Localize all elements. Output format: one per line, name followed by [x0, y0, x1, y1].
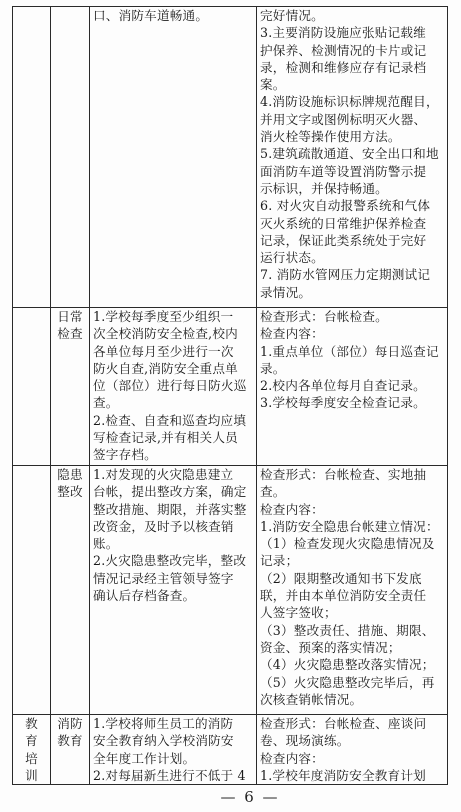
inspection-line: 面消防车道等设置消防警示提 — [260, 163, 444, 180]
inspection-line: 灭火系统的日常维护保养检查 — [260, 215, 444, 232]
requirement-line: 1.学校将师生员工的消防 — [93, 715, 253, 732]
item-cell-fire-education: 消防 教育 — [51, 715, 90, 785]
table-row-daily-inspection: 日常 检查 1.学校每季度至少组织一 次全校消防安全检查,校内 各单位每月至少进… — [13, 308, 448, 466]
inspection-line: （4）火灾隐患整改落实情况； — [260, 656, 444, 673]
requirement-line: 防火自查,消防安全重点单 — [93, 360, 253, 377]
inspection-cell: 完好情况。 3.主要消防设施应张贴记载维 护保养、检测情况的卡片或记 录，检测和… — [257, 7, 448, 308]
inspection-cell: 检查形式：台帐检查、实地抽 查。 检查内容： 1.消防安全隐患台帐建立情况： （… — [257, 466, 448, 715]
inspection-line: 资金、预案的落实情况； — [260, 639, 444, 656]
inspection-line: 次核查销帐情况。 — [260, 691, 444, 708]
document-page: 口、消防车道畅通。 完好情况。 3.主要消防设施应张贴记载维 护保养、检测情况的… — [0, 0, 461, 812]
item-label: 整改 — [54, 483, 86, 500]
inspection-line: 记录，保证此类系统处于完好 — [260, 232, 444, 249]
category-cell-education-training: 教 育 培 训 — [13, 715, 51, 785]
inspection-line: 6. 对火灾自动报警系统和气体 — [260, 197, 444, 214]
inspection-line: 示标识，并保持畅通。 — [260, 180, 444, 197]
inspection-line: 检查内容： — [260, 501, 444, 518]
requirements-cell: 1.学校将师生员工的消防 安全教育纳入学校消防安 全年度工作计划。 2.对每届新… — [90, 715, 257, 785]
requirement-line: 改资金，及时予以核查销 — [93, 518, 253, 535]
requirement-line: 台帐，提出整改方案，确定 — [93, 483, 253, 500]
inspection-line: 录，检测和维修应存有记录档 — [260, 59, 444, 76]
requirement-line: 位（部位）进行每日防火巡 — [93, 377, 253, 394]
table-row-hazard-rectification: 隐患 整改 1.对发现的火灾隐患建立 台帐，提出整改方案，确定 整改措施、期限，… — [13, 466, 448, 715]
inspection-line: 检查形式：台帐检查、实地抽 — [260, 466, 444, 483]
inspection-line: 5.建筑疏散通道、安全出口和地 — [260, 145, 444, 162]
page-number: — 6 — — [0, 788, 461, 806]
table-row-fire-education: 教 育 培 训 消防 教育 1.学校将师生员工的消防 安全教育纳入学校消防安 全… — [13, 715, 448, 785]
inspection-line: 运行状态。 — [260, 249, 444, 266]
inspection-line: （1）检查发现火灾隐患情况及 — [260, 535, 444, 552]
requirement-line: 各单位每月至少进行一次 — [93, 343, 253, 360]
requirement-line: 整改措施、期限，并落实整 — [93, 501, 253, 518]
category-char: 教 — [16, 715, 47, 732]
requirement-line: 查。 — [93, 394, 253, 411]
category-cell — [13, 7, 51, 308]
inspection-line: 查。 — [260, 483, 444, 500]
inspection-line: 记录； — [260, 552, 444, 569]
requirement-line: 全年度工作计划。 — [93, 750, 253, 767]
item-label: 日常 — [54, 308, 86, 325]
inspection-line: 消火栓等操作使用方法。 — [260, 128, 444, 145]
item-cell — [51, 7, 90, 308]
inspection-line: （3）整改责任、措施、期限、 — [260, 622, 444, 639]
inspection-line: （2）限期整改通知书下发底 — [260, 570, 444, 587]
inspection-line: 联，并由本单位消防安全责任 — [260, 587, 444, 604]
category-char: 育 — [16, 732, 47, 749]
requirement-line: 1.对发现的火灾隐患建立 — [93, 466, 253, 483]
inspection-line: （5）火灾隐患整改完毕后，再 — [260, 674, 444, 691]
item-label: 消防 — [54, 715, 86, 732]
inspection-cell: 检查形式：台帐检查。 检查内容： 1.重点单位（部位）每日巡查记 录。 2.校内… — [257, 308, 448, 466]
fire-safety-inspection-table: 口、消防车道畅通。 完好情况。 3.主要消防设施应张贴记载维 护保养、检测情况的… — [12, 6, 448, 785]
requirement-line: 2.对每届新生进行不低于 4 — [93, 767, 253, 784]
requirement-line: 账。 — [93, 535, 253, 552]
requirements-cell: 1.对发现的火灾隐患建立 台帐，提出整改方案，确定 整改措施、期限，并落实整 改… — [90, 466, 257, 715]
requirement-line: 签字存档。 — [93, 446, 253, 463]
category-cell — [13, 466, 51, 715]
inspection-line: 7. 消防水管网压力定期测试记 — [260, 266, 444, 283]
item-cell-daily-inspection: 日常 检查 — [51, 308, 90, 466]
requirement-line: 次全校消防安全检查,校内 — [93, 325, 253, 342]
requirements-cell: 1.学校每季度至少组织一 次全校消防安全检查,校内 各单位每月至少进行一次 防火… — [90, 308, 257, 466]
inspection-line: 1.消防安全隐患台帐建立情况： — [260, 518, 444, 535]
category-char: 培 — [16, 750, 47, 767]
item-label: 检查 — [54, 325, 86, 342]
inspection-line: 并用文字或图例标明灭火器、 — [260, 111, 444, 128]
category-cell — [13, 308, 51, 466]
inspection-line: 3.主要消防设施应张贴记载维 — [260, 24, 444, 41]
item-cell-hazard-rectification: 隐患 整改 — [51, 466, 90, 715]
inspection-line: 检查内容： — [260, 750, 444, 767]
item-label: 隐患 — [54, 466, 86, 483]
inspection-line: 人签字签收； — [260, 604, 444, 621]
inspection-line: 录。 — [260, 360, 444, 377]
requirement-line: 情况记录经主管领导签字 — [93, 570, 253, 587]
requirements-cell: 口、消防车道畅通。 — [90, 7, 257, 308]
inspection-line: 检查内容： — [260, 325, 444, 342]
inspection-cell: 检查形式：台帐检查、座谈问 卷、现场演练。 检查内容： 1.学校年度消防安全教育… — [257, 715, 448, 785]
requirement-line: 安全教育纳入学校消防安 — [93, 732, 253, 749]
table-row-facilities-continued: 口、消防车道畅通。 完好情况。 3.主要消防设施应张贴记载维 护保养、检测情况的… — [13, 7, 448, 308]
item-label: 教育 — [54, 732, 86, 749]
inspection-line: 2.校内各单位每月自查记录。 — [260, 377, 444, 394]
requirement-line: 写检查记录,并有相关人员 — [93, 429, 253, 446]
requirement-line: 2.火灾隐患整改完毕，整改 — [93, 552, 253, 569]
inspection-line: 护保养、检测情况的卡片或记 — [260, 42, 444, 59]
category-char: 训 — [16, 767, 47, 784]
inspection-line: 检查形式：台帐检查、座谈问 — [260, 715, 444, 732]
inspection-line: 检查形式：台帐检查。 — [260, 308, 444, 325]
inspection-line: 4.消防设施标识标牌规范醒目， — [260, 93, 444, 110]
inspection-line: 1.学校年度消防安全教育计划 — [260, 767, 444, 784]
requirement-line: 2.检查、自查和巡查均应填 — [93, 412, 253, 429]
inspection-line: 1.重点单位（部位）每日巡查记 — [260, 343, 444, 360]
inspection-line: 录情况。 — [260, 284, 444, 301]
inspection-line: 完好情况。 — [260, 7, 444, 24]
inspection-line: 案。 — [260, 76, 444, 93]
requirement-line: 口、消防车道畅通。 — [93, 7, 253, 24]
requirement-line: 1.学校每季度至少组织一 — [93, 308, 253, 325]
inspection-line: 3.学校每季度安全检查记录。 — [260, 394, 444, 411]
inspection-line: 卷、现场演练。 — [260, 732, 444, 749]
requirement-line: 确认后存档备查。 — [93, 587, 253, 604]
